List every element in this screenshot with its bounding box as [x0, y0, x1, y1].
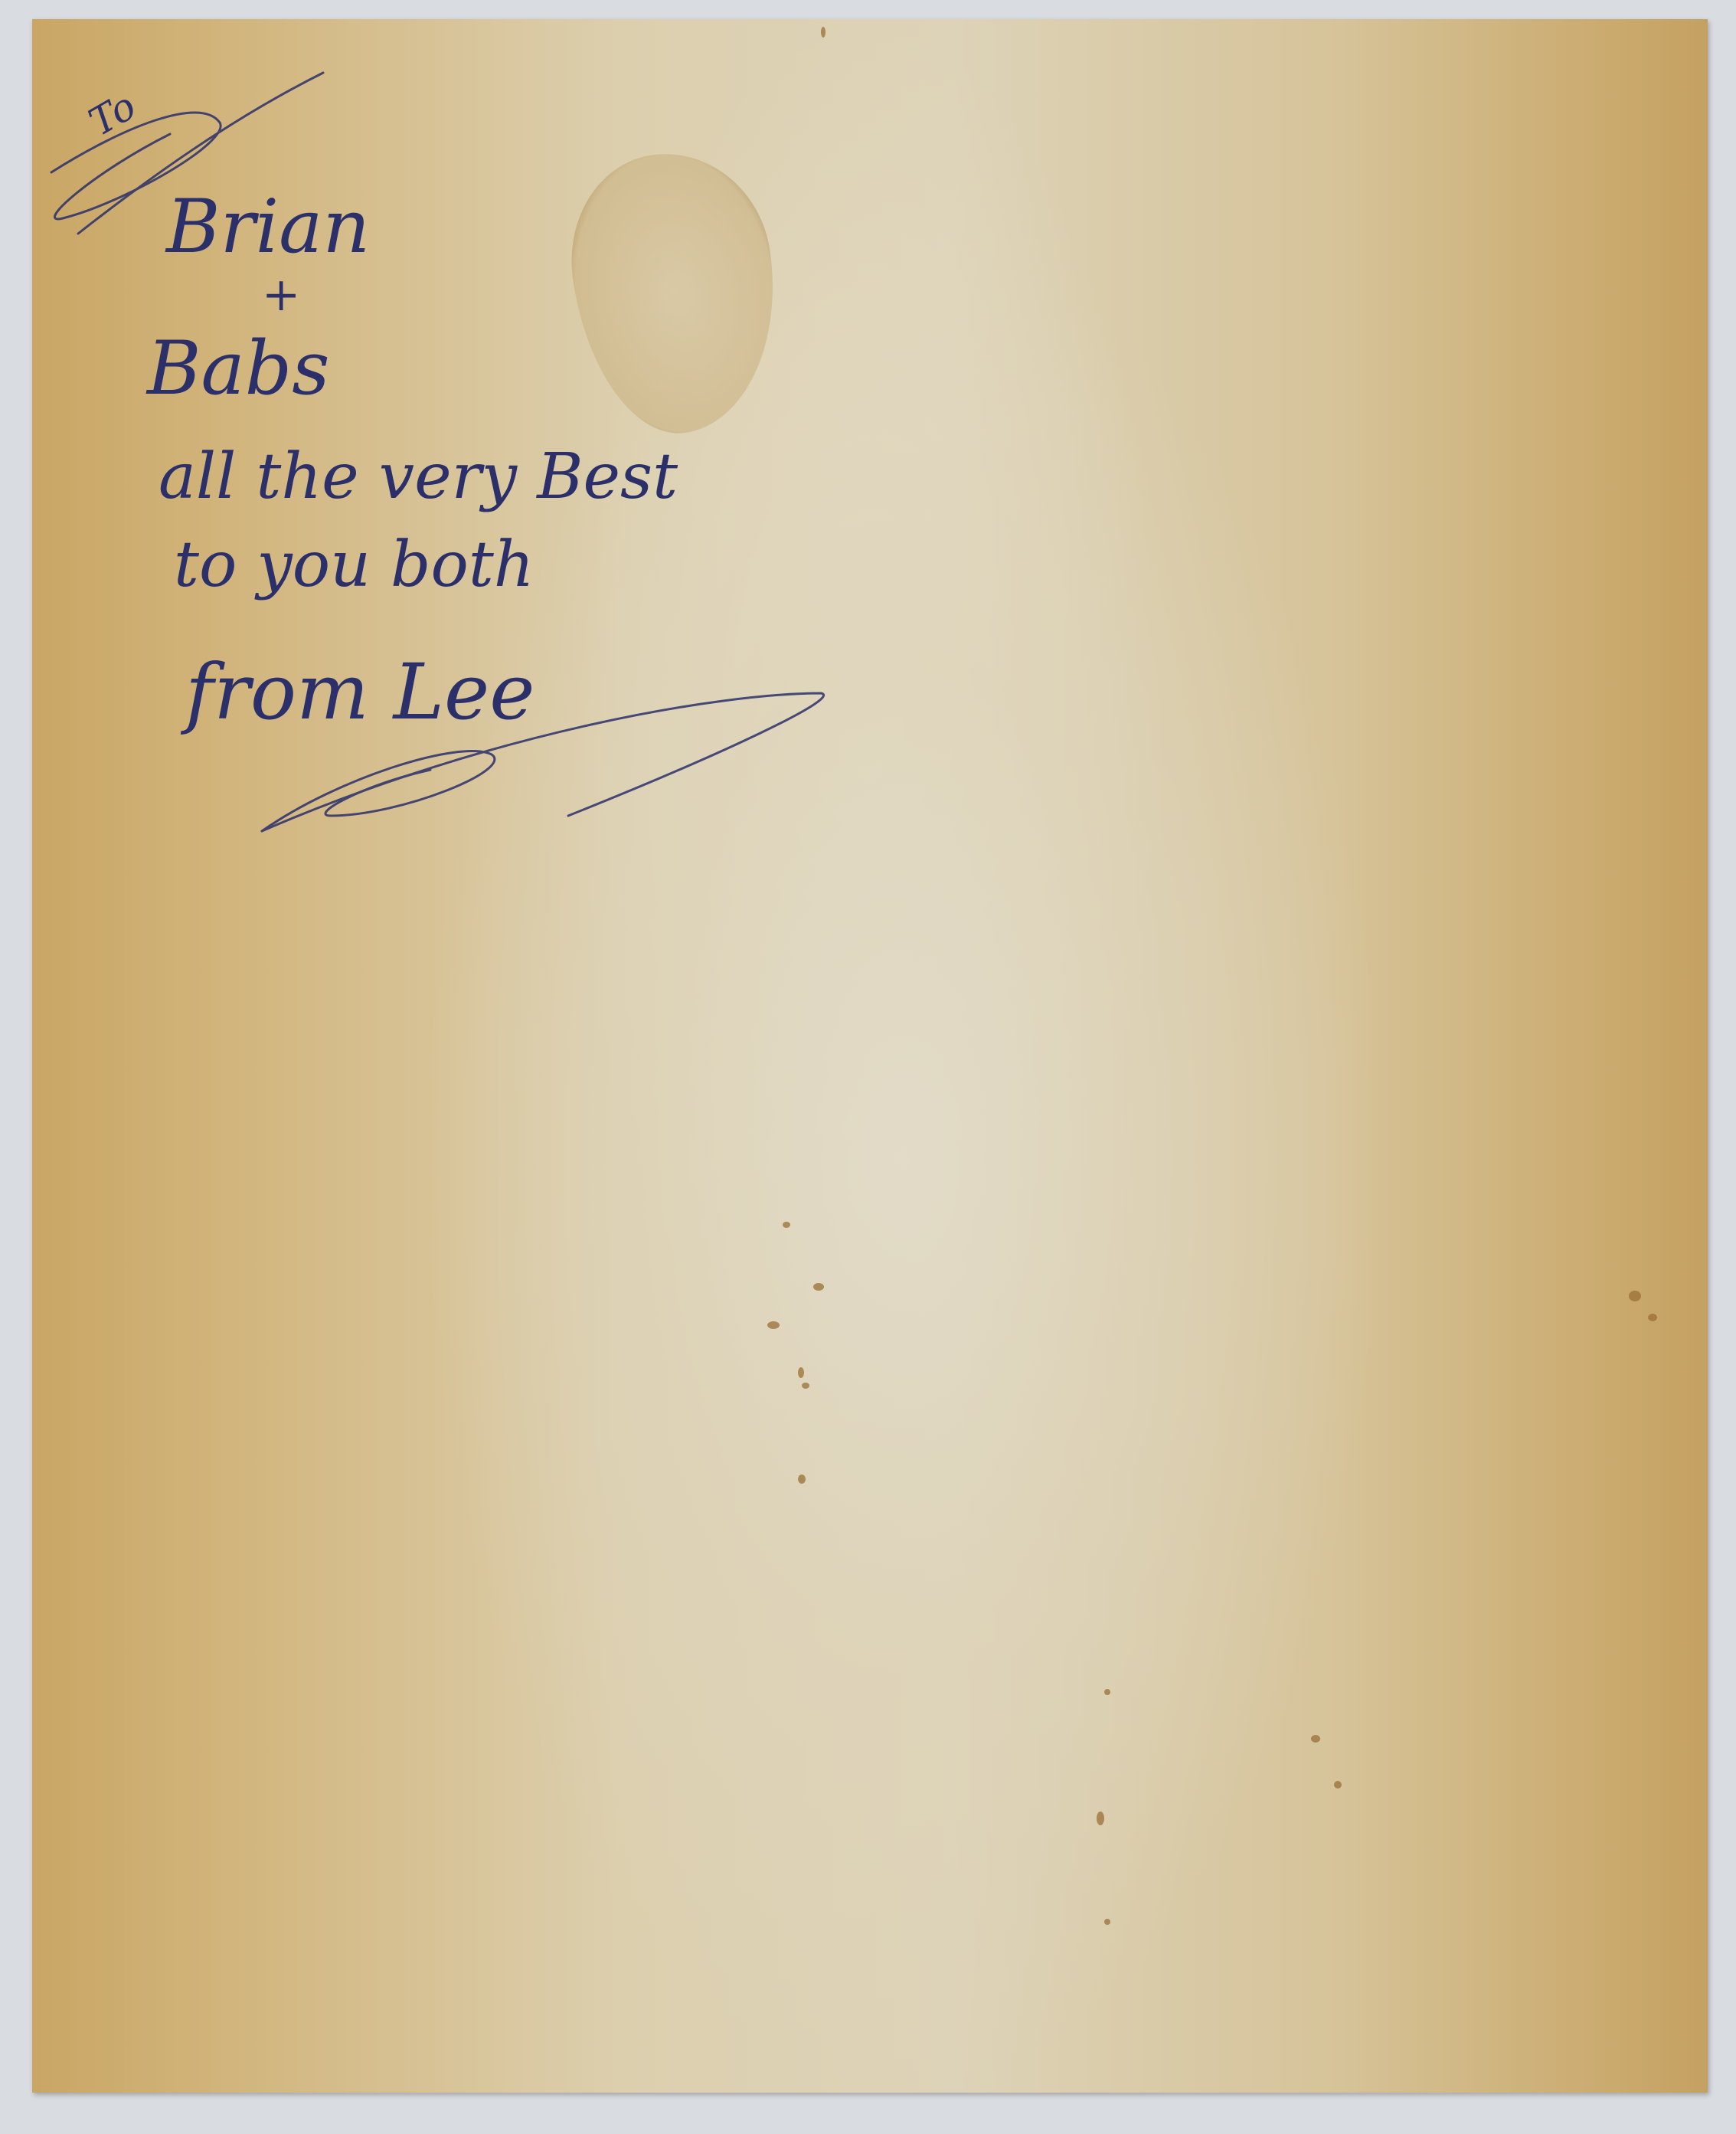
recipient-name-1: Brian: [166, 184, 370, 270]
message-line-2: to you both: [174, 529, 535, 601]
message-line-1: all the very Best: [159, 440, 678, 513]
signature-from-lee: from Lee: [185, 647, 535, 737]
recipient-name-2: Babs: [147, 326, 330, 411]
aged-paper-sheet: To Brian + Babs all the very Best to you…: [32, 19, 1708, 2093]
plus-sign: +: [262, 268, 300, 322]
